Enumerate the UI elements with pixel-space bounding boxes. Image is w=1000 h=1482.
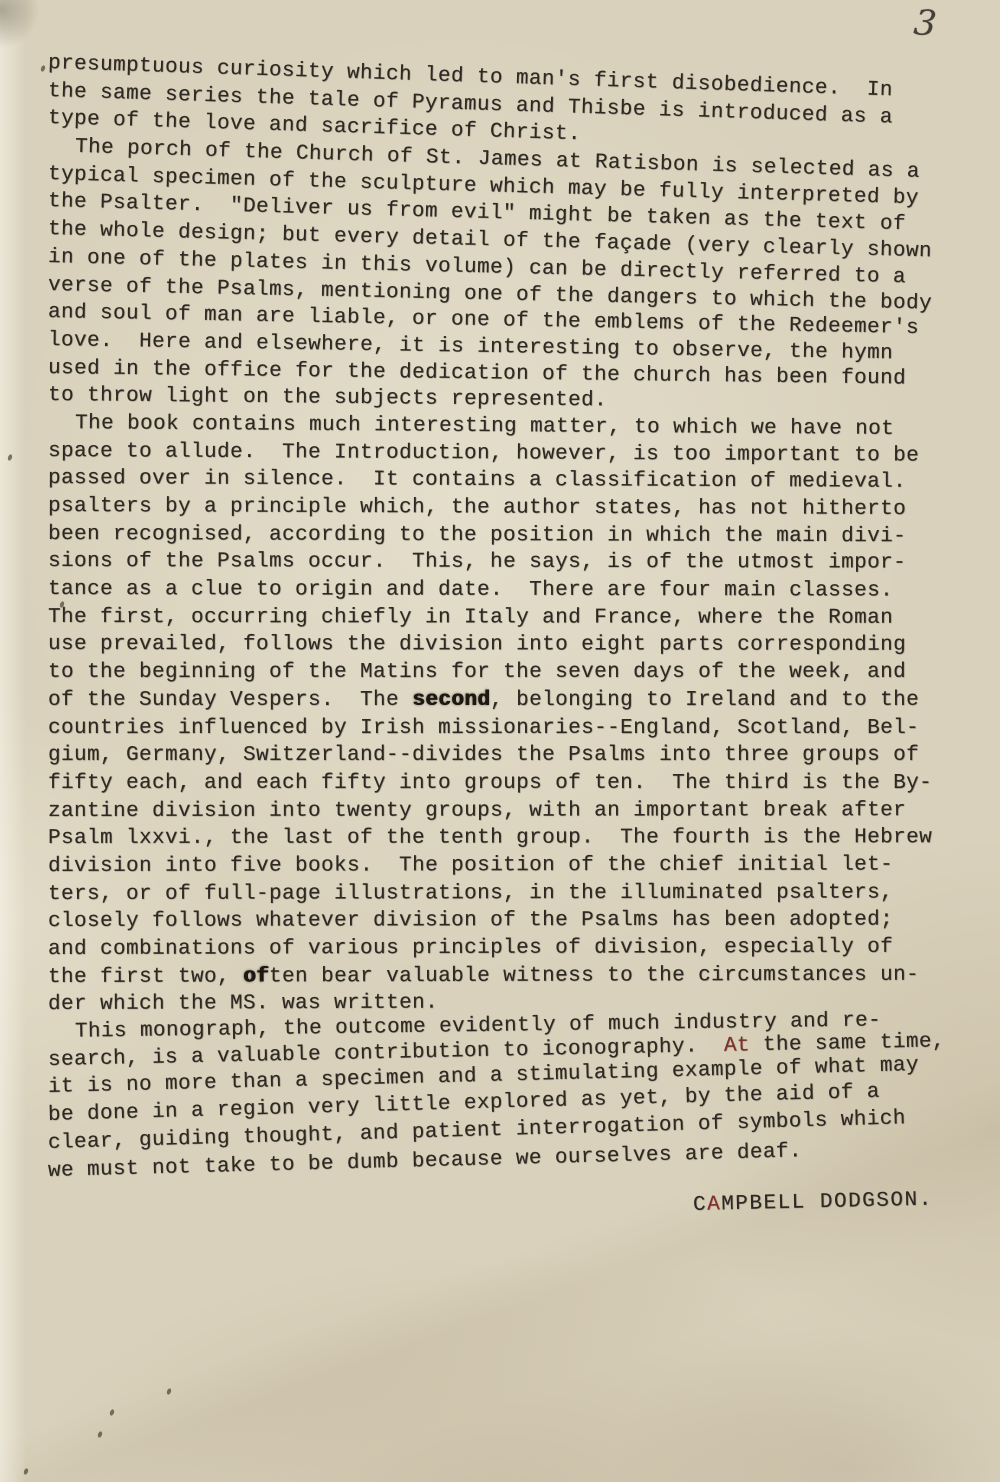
text-line: use prevailed, follows the division into… bbox=[48, 631, 945, 659]
overstruck-text: of bbox=[243, 965, 269, 988]
text-line: zantine division into twenty groups, wit… bbox=[48, 797, 945, 825]
paper-speck bbox=[40, 65, 46, 72]
page-number: 3 bbox=[912, 3, 938, 45]
text-line: psalters by a principle which, the autho… bbox=[48, 493, 945, 524]
paper-speck bbox=[109, 1409, 115, 1416]
text-line: tance as a clue to origin and date. Ther… bbox=[48, 576, 945, 605]
text-line: fifty each, and each fifty into groups o… bbox=[48, 770, 945, 798]
text-block: presumptuous curiosity which led to man'… bbox=[48, 50, 945, 1217]
text-line: division into five books. The position o… bbox=[48, 851, 945, 880]
text-line: of the Sunday Vespers. The second, belon… bbox=[48, 687, 945, 715]
paper-speck bbox=[23, 1468, 29, 1475]
text-line: and combinations of various principles o… bbox=[48, 934, 945, 964]
text-line: gium, Germany, Switzerland--divides the … bbox=[48, 742, 945, 770]
overstruck-text: At bbox=[724, 1034, 750, 1058]
text-line: the first two, often bear valuable witne… bbox=[48, 961, 945, 991]
text-line: been recognised, according to the positi… bbox=[48, 521, 945, 551]
overstruck-text: A bbox=[707, 1194, 722, 1217]
paper-speck bbox=[166, 1388, 172, 1395]
signature: CAMPBELL DODGSON. bbox=[693, 1188, 946, 1217]
text-line: to the beginning of the Matins for the s… bbox=[48, 659, 945, 687]
overstruck-text: second bbox=[412, 689, 490, 712]
text-line: countries influenced by Irish missionari… bbox=[48, 715, 945, 743]
text-line: sions of the Psalms occur. This, he says… bbox=[48, 548, 945, 577]
document-page: 3 presumptuous curiosity which led to ma… bbox=[0, 0, 1000, 1482]
text-line: passed over in silence. It contains a cl… bbox=[48, 465, 945, 497]
text-line: The first, occurring chiefly in Italy an… bbox=[48, 604, 945, 632]
text-line: ters, or of full-page illustrations, in … bbox=[48, 879, 945, 908]
text-line: closely follows whatever division of the… bbox=[48, 907, 945, 936]
paper-speck bbox=[97, 1431, 103, 1438]
paper-speck bbox=[7, 454, 13, 461]
text-line: Psalm lxxvi., the last of the tenth grou… bbox=[48, 824, 945, 852]
